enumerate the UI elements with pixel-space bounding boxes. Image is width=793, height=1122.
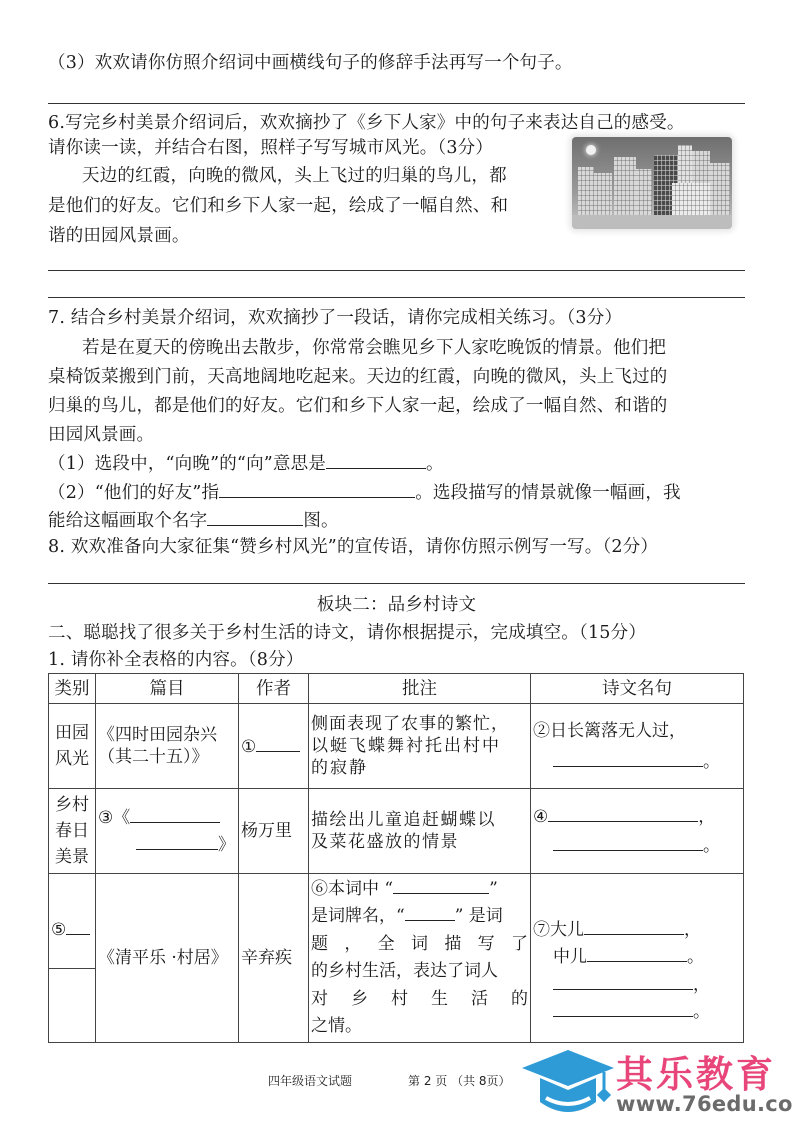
row2-note: 描绘出儿童追赶蝴蝶以 及菜花盛放的情景 [309, 789, 531, 874]
row3-cipai-blank[interactable] [393, 877, 489, 894]
q7-passage-line3: 归巢的鸟儿，都是他们的好友。它们和乡下人家一起，绘成了一幅自然、和谐的 [48, 395, 668, 417]
section2-heading: 板块二：品乡村诗文 [0, 594, 793, 616]
footer-subject: 四年级语文试题 [268, 1072, 352, 1089]
row1-quote: ②日长篱落无人过， 。 [531, 704, 744, 789]
q7-sub1-blank[interactable] [326, 452, 426, 469]
row1-author: ① [239, 704, 309, 789]
row2-category: 乡村 春日 美景 [49, 789, 96, 874]
row2-quote: ④， 。 [531, 789, 744, 874]
row3-quote-blank-1[interactable] [584, 918, 684, 935]
q7-sub1-suffix: 。 [426, 454, 444, 474]
q6-example-line3: 谐的田园风景画。 [48, 225, 190, 247]
row3-quote-blank-4[interactable] [553, 1000, 693, 1017]
q7-passage-line4: 田园风景画。 [48, 424, 154, 446]
q7-sub2: （2）“他们的好友”指。选段描写的情景就像一幅画，我 [48, 481, 681, 504]
city-night-illustration [572, 137, 732, 229]
row2-author: 杨万里 [239, 789, 309, 874]
table-row: 乡村 春日 美景 ③《 》 杨万里 描绘出儿童追赶蝴蝶以 及菜花盛放的情景 ④，… [49, 789, 744, 874]
row2-title: ③《 》 [96, 789, 239, 874]
row3-note: ⑥本词中 “” 是词牌名，“” 是词 题，全词描写了 的乡村生活，表达了词人 对… [309, 874, 531, 1043]
header-note: 批注 [309, 674, 531, 704]
row2-quote-blank-2[interactable] [553, 834, 703, 851]
table-header-row: 类别 篇目 作者 批注 诗文名句 [49, 674, 744, 704]
q7-passage-line1: 若是在夏天的傍晚出去散步，你常常会瞧见乡下人家吃晚饭的情景。他们把 [82, 337, 666, 359]
row2-quote-blank-1[interactable] [548, 805, 698, 822]
brand-name: 其乐教育 [616, 1044, 776, 1098]
moon-icon [586, 145, 596, 155]
poem-table: 类别 篇目 作者 批注 诗文名句 田园风光 《四时田园杂兴 （其二十五）》 ① … [48, 673, 744, 1043]
row1-note: 侧面表现了农事的繁忙， 以蜓飞蝶舞衬托出村中 的寂静 [309, 704, 531, 789]
section2-q1: 1. 请你补全表格的内容。（8分） [48, 649, 304, 671]
q6-prompt-line2: 请你读一读，并结合右图，照样子写写城市风光。（3分） [48, 137, 493, 159]
row3-quote-blank-2[interactable] [587, 945, 687, 962]
q7-title: 7. 结合乡村美景介绍词，欢欢摘抄了一段话，请你完成相关练习。（3分） [48, 307, 622, 329]
q7-passage-line2: 桌椅饭菜搬到门前，天高地阔地吃起来。天边的红霞，向晚的微风，头上飞过的 [48, 366, 668, 388]
header-quote: 诗文名句 [531, 674, 744, 704]
brand-url[interactable]: www.76edu.com [616, 1092, 793, 1116]
row2-title-blank-2[interactable] [136, 833, 218, 850]
row3-quote: ⑦大儿， 中儿。 ， 。 [531, 874, 744, 1043]
row1-author-blank[interactable] [256, 735, 300, 752]
q5-sub3-prompt: （3）欢欢请你仿照介绍词中画横线句子的修辞手法再写一个句子。 [48, 52, 573, 74]
row3-quote-blank-3[interactable] [553, 973, 693, 990]
table-row: 田园风光 《四时田园杂兴 （其二十五）》 ① 侧面表现了农事的繁忙， 以蜓飞蝶舞… [49, 704, 744, 789]
answer-line-q6-1[interactable] [48, 270, 745, 271]
q8-prompt: 8. 欢欢准备向大家征集“赞乡村风光”的宣传语，请你仿照示例写一写。（2分） [48, 536, 658, 558]
row3-category: ⑤ [49, 874, 96, 1043]
row3-citi-blank[interactable] [405, 904, 455, 921]
q7-sub1: （1）选段中，“向晚”的“向”意思是。 [48, 452, 444, 475]
row2-title-blank-1[interactable] [130, 806, 220, 823]
section2-intro: 二、聪聪找了很多关于乡村生活的诗文，请你根据提示，完成填空。（15分） [48, 622, 646, 644]
answer-line-q8[interactable] [48, 583, 745, 584]
q7-sub2-line2-suffix: 图。 [303, 511, 338, 531]
footer-page-number: 第 2 页 （共 8页） [408, 1072, 511, 1089]
q7-sub2-suffix: 。选段描写的情景就像一幅画，我 [415, 483, 681, 503]
header-author: 作者 [239, 674, 309, 704]
row3-category-blank[interactable] [66, 918, 90, 935]
q6-prompt-line1: 6.写完乡村美景介绍词后，欢欢摘抄了《乡下人家》中的句子来表达自己的感受。 [48, 112, 685, 134]
table-row: ⑤ 《清平乐 ·村居》 辛弃疾 ⑥本词中 “” 是词牌名，“” 是词 题，全词描… [49, 874, 744, 1043]
q6-example-line1: 天边的红霞，向晚的微风，头上飞过的归巢的鸟儿，都 [82, 165, 507, 187]
q7-sub2-prefix: （2）“他们的好友”指 [48, 483, 219, 503]
q7-sub1-prefix: （1）选段中，“向晚”的“向”意思是 [48, 454, 326, 474]
row1-category: 田园风光 [49, 704, 96, 789]
q7-sub2-line2-prefix: 能给这幅画取个名字 [48, 511, 207, 531]
q7-sub2-blank[interactable] [219, 481, 415, 498]
graduation-cap-icon [518, 1046, 618, 1118]
header-category: 类别 [49, 674, 96, 704]
answer-line-q6-2[interactable] [48, 297, 745, 298]
q7-picture-name-blank[interactable] [207, 509, 303, 526]
q7-sub2-line2: 能给这幅画取个名字图。 [48, 509, 339, 532]
row3-title: 《清平乐 ·村居》 [96, 874, 239, 1043]
row3-author: 辛弃疾 [239, 874, 309, 1043]
row1-quote-blank[interactable] [553, 750, 703, 767]
header-title: 篇目 [96, 674, 239, 704]
q6-example-line2: 是他们的好友。它们和乡下人家一起，绘成了一幅自然、和 [48, 195, 508, 217]
answer-line-q5-3[interactable] [48, 103, 745, 104]
row1-title: 《四时田园杂兴 （其二十五）》 [96, 704, 239, 789]
